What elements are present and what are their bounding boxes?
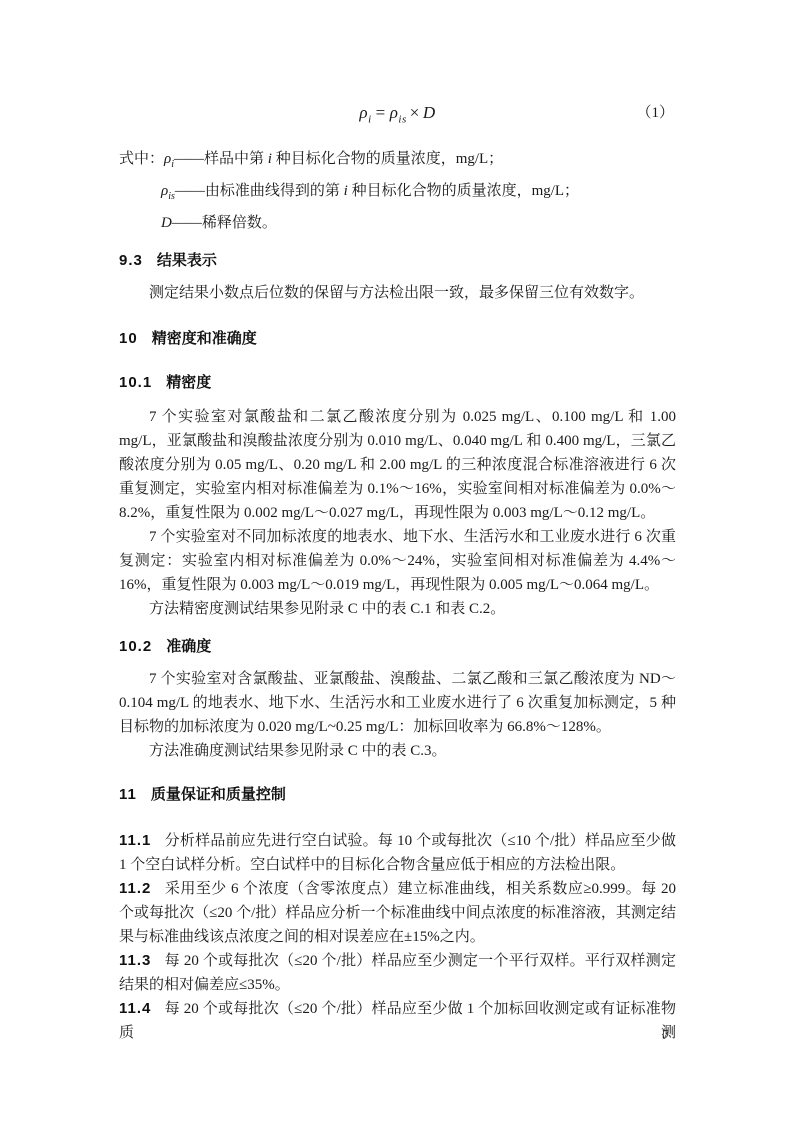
equation-expression: ρi=ρis×D bbox=[359, 103, 435, 122]
definition-text: 样品中第 bbox=[204, 151, 268, 167]
section-number: 10 bbox=[119, 330, 138, 347]
definition-line-rho-i: 式中：ρi——样品中第 i 种目标化合物的质量浓度，mg/L； bbox=[119, 146, 676, 178]
clause-11-2: 11.2采用至少 6 个浓度（含零浓度点）建立标准曲线，相关系数应≥0.999。… bbox=[119, 877, 676, 949]
paragraph-precision-1: 7 个实验室对氯酸盐和二氯乙酸浓度分别为 0.025 mg/L、0.100 mg… bbox=[119, 405, 676, 525]
clause-number: 11.2 bbox=[119, 880, 151, 897]
clause-text: 分析样品前应先进行空白试验。每 10 个或每批次（≤10 个/批）样品应至少做 … bbox=[119, 833, 676, 873]
clause-11-1: 11.1分析样品前应先进行空白试验。每 10 个或每批次（≤10 个/批）样品应… bbox=[119, 829, 676, 877]
paragraph-precision-2: 7 个实验室对不同加标浓度的地表水、地下水、生活污水和工业废水进行 6 次重复测… bbox=[119, 525, 676, 597]
document-page: ρi=ρis×D （1） 式中：ρi——样品中第 i 种目标化合物的质量浓度，m… bbox=[0, 0, 794, 1123]
symbol-definitions: 式中：ρi——样品中第 i 种目标化合物的质量浓度，mg/L； ρis——由标准… bbox=[119, 146, 676, 237]
section-heading-10-2: 10.2准确度 bbox=[119, 637, 676, 657]
definition-dash: —— bbox=[174, 151, 204, 167]
multiply-sign: × bbox=[410, 103, 420, 122]
rho-i-symbol: ρ bbox=[359, 103, 368, 122]
paragraph-accuracy-1: 7 个实验室对含氯酸盐、亚氯酸盐、溴酸盐、二氯乙酸和三氯乙酸浓度为 ND～0.1… bbox=[119, 667, 676, 739]
paragraph-result-expression: 测定结果小数点后位数的保留与方法检出限一致，最多保留三位有效数字。 bbox=[119, 281, 676, 305]
section-number: 10.1 bbox=[119, 374, 152, 391]
definition-dash: —— bbox=[172, 215, 202, 231]
clause-number: 11.4 bbox=[119, 1000, 151, 1017]
clause-number: 11.1 bbox=[119, 832, 151, 849]
clause-number: 11.3 bbox=[119, 952, 151, 969]
where-label: 式中： bbox=[119, 151, 164, 167]
equation-number: （1） bbox=[636, 100, 674, 126]
section-heading-11: 11质量保证和质量控制 bbox=[119, 785, 676, 805]
definition-line-D: D——稀释倍数。 bbox=[119, 210, 676, 237]
definition-line-rho-is: ρis——由标准曲线得到的第 i 种目标化合物的质量浓度，mg/L； bbox=[119, 178, 676, 210]
equals-sign: = bbox=[376, 103, 386, 122]
subscript-i: i bbox=[368, 113, 372, 125]
section-title: 质量保证和质量控制 bbox=[151, 786, 286, 803]
definition-text: 由标准曲线得到的第 bbox=[205, 183, 344, 199]
section-title: 精密度 bbox=[166, 374, 211, 391]
paragraph-accuracy-ref: 方法准确度测试结果参见附录 C 中的表 C.3。 bbox=[119, 739, 676, 763]
page-number: 7 bbox=[662, 1028, 669, 1044]
section-title: 准确度 bbox=[166, 638, 211, 655]
section-number: 11 bbox=[119, 786, 137, 803]
section-heading-10-1: 10.1精密度 bbox=[119, 373, 676, 393]
section-number: 9.3 bbox=[119, 252, 143, 269]
clause-text: 每 20 个或每批次（≤20 个/批）样品应至少做 1 个加标回收测定或有证标准… bbox=[119, 1001, 676, 1041]
section-heading-9-3: 9.3结果表示 bbox=[119, 251, 676, 271]
dilution-factor-symbol: D bbox=[423, 103, 436, 122]
definition-dash: —— bbox=[175, 183, 205, 199]
paragraph-precision-ref: 方法精密度测试结果参见附录 C 中的表 C.1 和表 C.2。 bbox=[119, 597, 676, 621]
section-heading-10: 10精密度和准确度 bbox=[119, 329, 676, 349]
equation-row: ρi=ρis×D （1） bbox=[119, 100, 676, 126]
clause-11-4: 11.4每 20 个或每批次（≤20 个/批）样品应至少做 1 个加标回收测定或… bbox=[119, 997, 676, 1045]
clause-11-3: 11.3每 20 个或每批次（≤20 个/批）样品应至少测定一个平行双样。平行双… bbox=[119, 949, 676, 997]
subscript-is: is bbox=[168, 191, 175, 202]
D-symbol: D bbox=[161, 215, 172, 231]
section-title: 结果表示 bbox=[157, 252, 217, 269]
definition-text: 稀释倍数。 bbox=[202, 215, 277, 231]
definition-text: 种目标化合物的质量浓度，mg/L； bbox=[348, 183, 579, 199]
clause-text: 每 20 个或每批次（≤20 个/批）样品应至少测定一个平行双样。平行双样测定结… bbox=[119, 953, 676, 993]
clause-text: 采用至少 6 个浓度（含零浓度点）建立标准曲线，相关系数应≥0.999。每 20… bbox=[119, 881, 676, 945]
definition-text: 种目标化合物的质量浓度，mg/L； bbox=[272, 151, 503, 167]
subscript-is: is bbox=[398, 113, 406, 125]
section-number: 10.2 bbox=[119, 638, 152, 655]
section-title: 精密度和准确度 bbox=[152, 330, 257, 347]
